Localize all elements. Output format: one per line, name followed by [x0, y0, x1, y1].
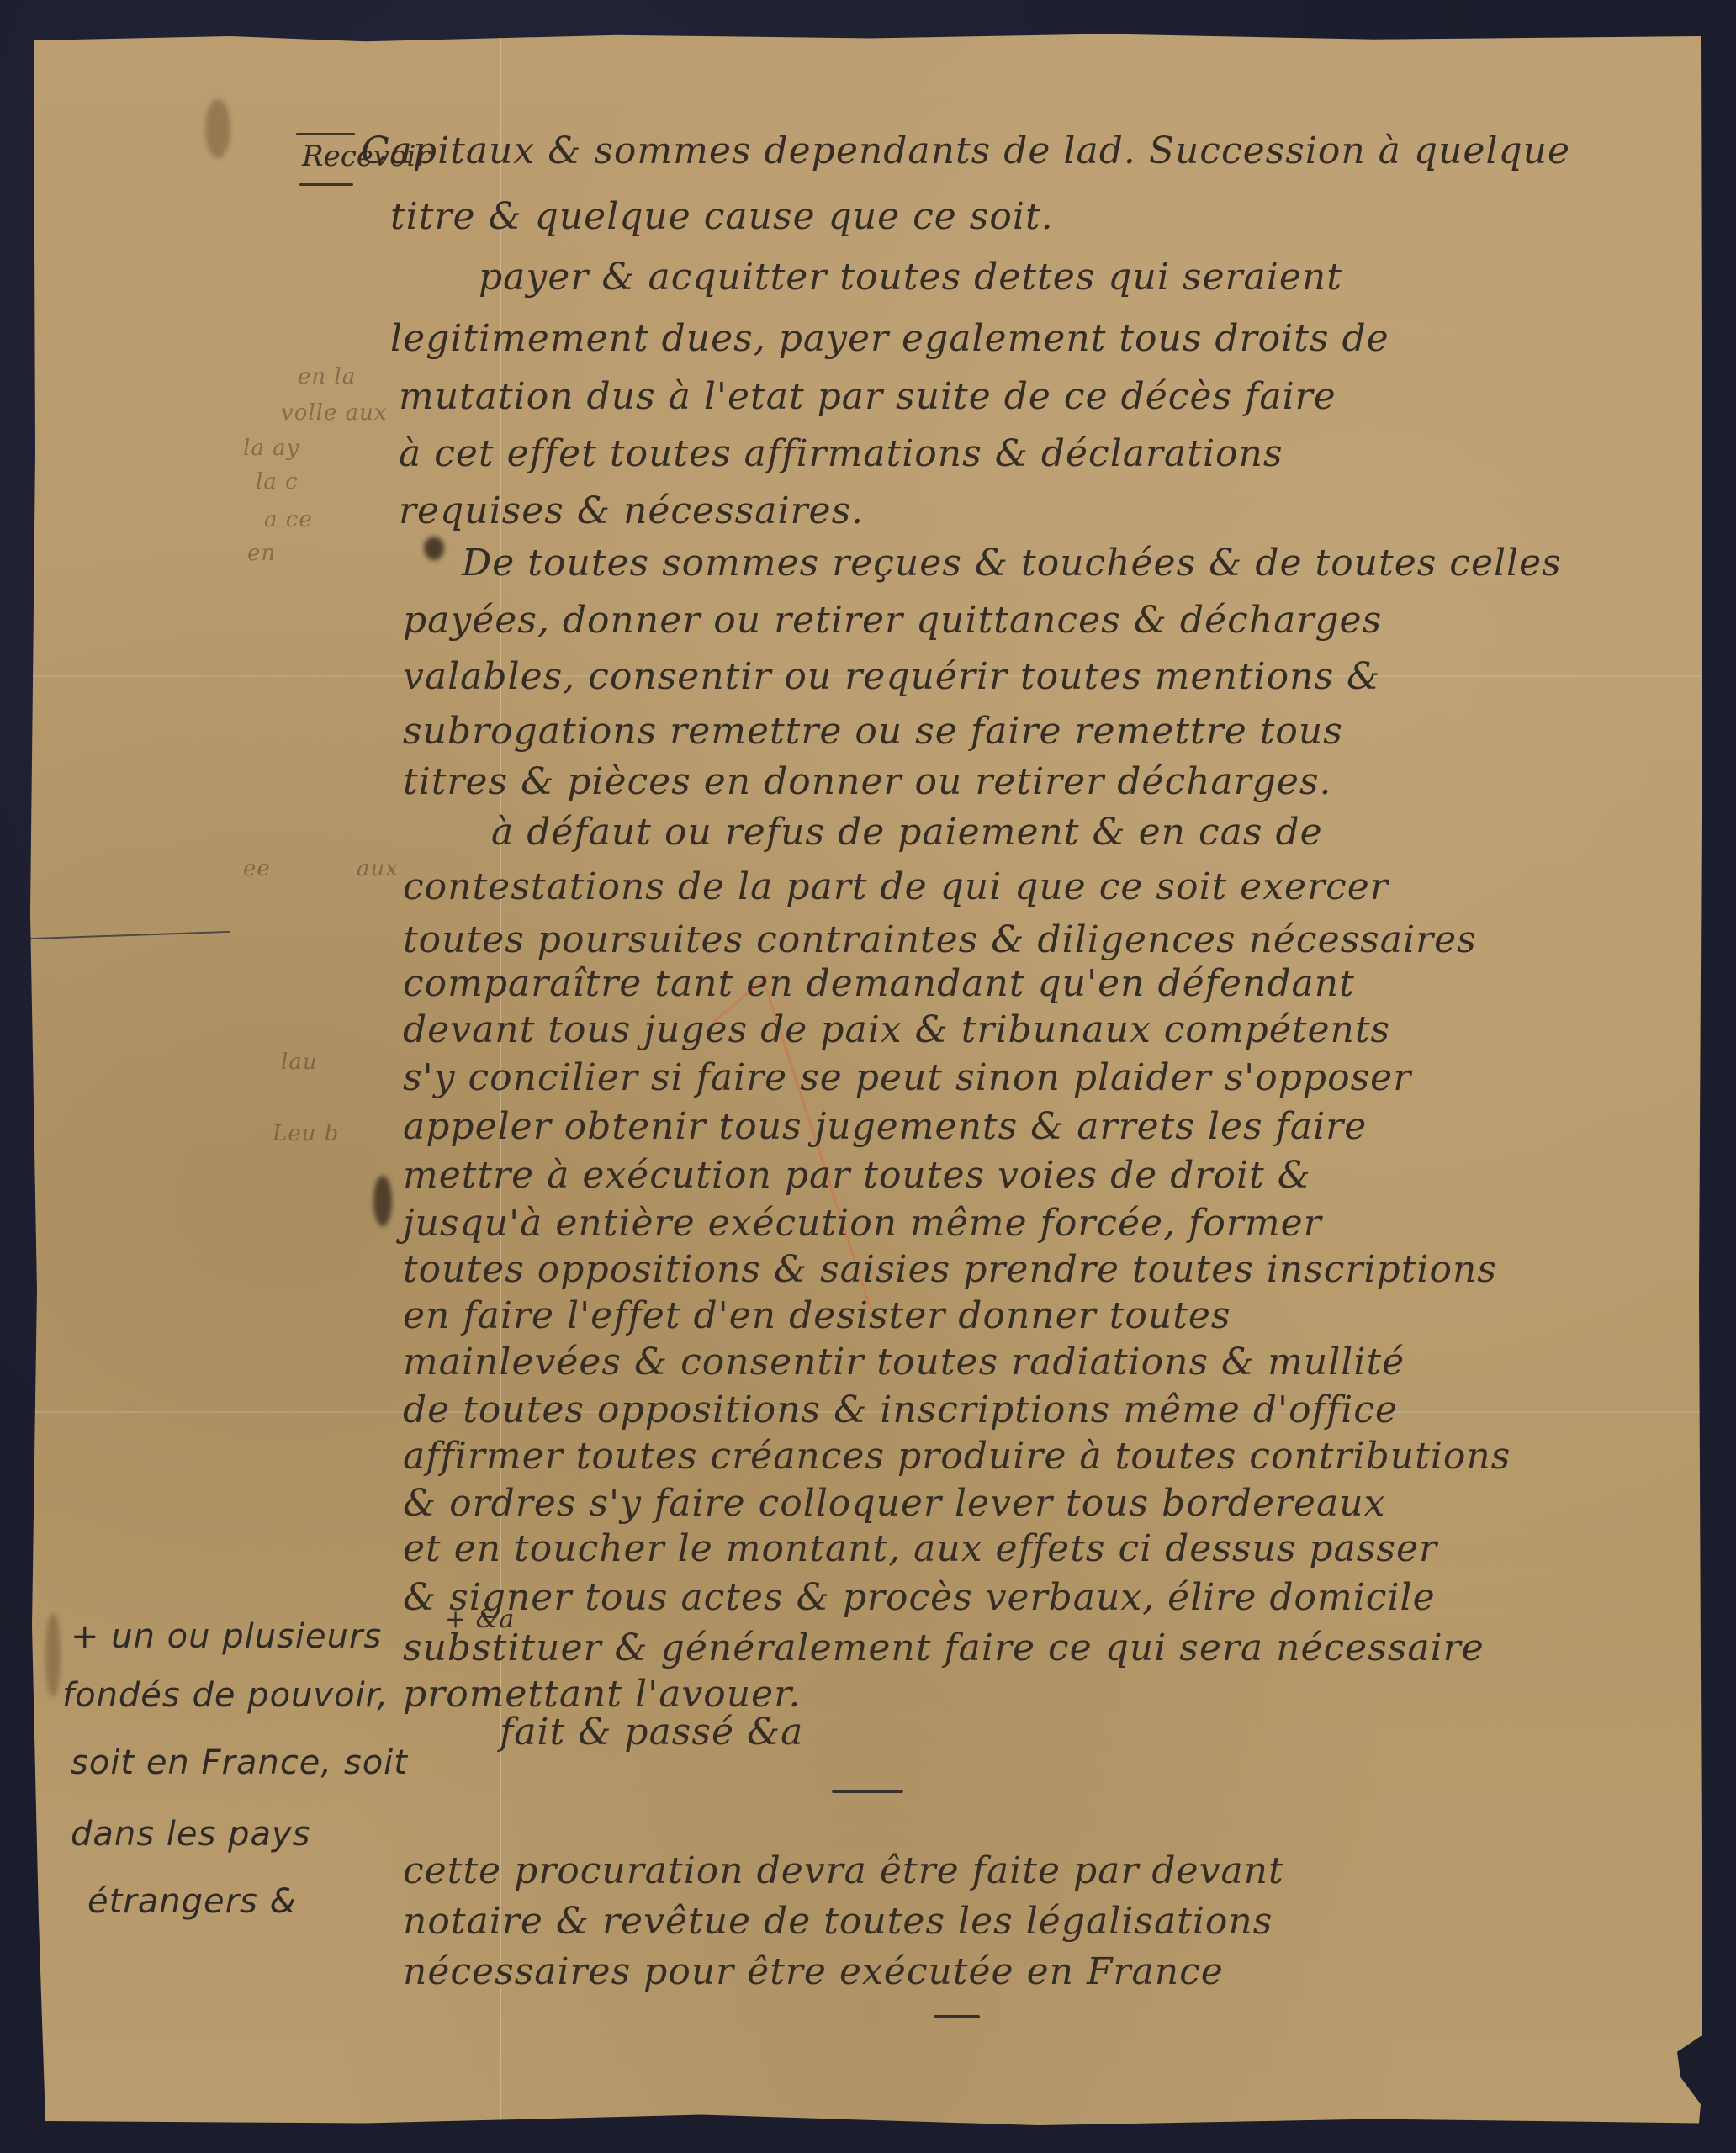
margin-annotation-line: étrangers &	[87, 1882, 297, 1921]
manuscript-line: substituer & généralement faire ce qui s…	[403, 1630, 1485, 1667]
manuscript-line: De toutes sommes reçues & touchées & de …	[462, 545, 1562, 582]
manuscript-line: promettant l'avouer.	[403, 1676, 801, 1713]
manuscript-line: en faire l'effet d'en desister donner to…	[403, 1298, 1231, 1335]
manuscript-line: payées, donner ou retirer quittances & d…	[403, 602, 1382, 639]
manuscript-line: & signer tous actes & procès verbaux, él…	[403, 1579, 1436, 1616]
bleedthrough-text: la c	[256, 469, 299, 495]
manuscript-line: appeler obtenir tous jugements & arrets …	[403, 1108, 1367, 1145]
bleedthrough-text: a ce	[264, 507, 313, 532]
manuscript-line: toutes poursuites contraintes & diligenc…	[403, 922, 1477, 959]
manuscript-line: fait & passé &a	[500, 1714, 803, 1751]
separator-rule	[934, 2015, 980, 2018]
bleedthrough-text: Leu b	[273, 1121, 339, 1146]
separator-rule	[832, 1790, 903, 1793]
manuscript-line: valables, consentir ou requérir toutes m…	[403, 659, 1380, 696]
closing-line: notaire & revêtue de toutes les légalisa…	[403, 1903, 1273, 1940]
water-stain	[45, 1613, 61, 1697]
manuscript-line: à défaut ou refus de paiement & en cas d…	[491, 814, 1323, 851]
manuscript-line: mutation dus à l'etat par suite de ce dé…	[399, 378, 1336, 415]
bleedthrough-text: la ay	[243, 436, 299, 461]
manuscript-line: payer & acquitter toutes dettes qui sera…	[479, 259, 1342, 296]
bleedthrough-text: aux	[357, 856, 399, 881]
margin-annotation-line: dans les pays	[71, 1815, 311, 1854]
closing-line: nécessaires pour être exécutée en France	[403, 1954, 1224, 1991]
closing-line: cette procuration devra être faite par d…	[403, 1853, 1284, 1890]
manuscript-page: Recevoir en la volle aux la ay la c a ce…	[29, 32, 1711, 2129]
ink-blot	[424, 537, 444, 560]
manuscript-line: toutes oppositions & saisies prendre tou…	[403, 1251, 1497, 1288]
manuscript-line: à cet effet toutes affirmations & déclar…	[399, 436, 1283, 473]
ink-stain	[205, 99, 230, 158]
bleedthrough-text: volle aux	[281, 400, 388, 426]
manuscript-line: legitimement dues, payer egalement tous …	[390, 320, 1389, 357]
manuscript-line: mettre à exécution par toutes voies de d…	[403, 1157, 1311, 1194]
manuscript-line: contestations de la part de qui que ce s…	[403, 869, 1389, 906]
manuscript-line: devant tous juges de paix & tribunaux co…	[403, 1012, 1390, 1049]
margin-annotation-line: + un ou plusieurs	[71, 1617, 382, 1656]
manuscript-line: jusqu'à entière exécution même forcée, f…	[403, 1205, 1322, 1242]
manuscript-line: mainlevées & consentir toutes radiations…	[403, 1344, 1405, 1381]
manuscript-line: & ordres s'y faire colloquer lever tous …	[403, 1485, 1385, 1522]
manuscript-line: subrogations remettre ou se faire remett…	[403, 713, 1343, 750]
manuscript-line: requises & nécessaires.	[399, 493, 864, 530]
bleedthrough-text: ee	[243, 856, 271, 881]
bleedthrough-text: en la	[298, 364, 356, 389]
manuscript-line: s'y concilier si faire se peut sinon pla…	[403, 1060, 1411, 1097]
ink-blot	[373, 1176, 392, 1226]
margin-heading-rule-bottom	[299, 183, 353, 186]
bleedthrough-text: en	[247, 541, 276, 566]
manuscript-line: affirmer toutes créances produire à tout…	[403, 1438, 1511, 1475]
manuscript-line: titres & pièces en donner ou retirer déc…	[403, 764, 1331, 801]
manuscript-line: Capitaux & sommes dependants de lad. Suc…	[361, 133, 1570, 170]
bleedthrough-text: lau	[281, 1050, 318, 1075]
margin-annotation-line: soit en France, soit	[71, 1743, 408, 1782]
margin-annotation-line: fondés de pouvoir,	[62, 1676, 389, 1715]
margin-heading-rule-top	[296, 133, 355, 135]
paper-crack	[29, 931, 230, 939]
manuscript-line: et en toucher le montant, aux effets ci …	[403, 1531, 1437, 1568]
manuscript-line: de toutes oppositions & inscriptions mêm…	[403, 1392, 1398, 1429]
manuscript-line: comparaître tant en demandant qu'en défe…	[403, 965, 1355, 1002]
manuscript-line: titre & quelque cause que ce soit.	[390, 198, 1054, 235]
